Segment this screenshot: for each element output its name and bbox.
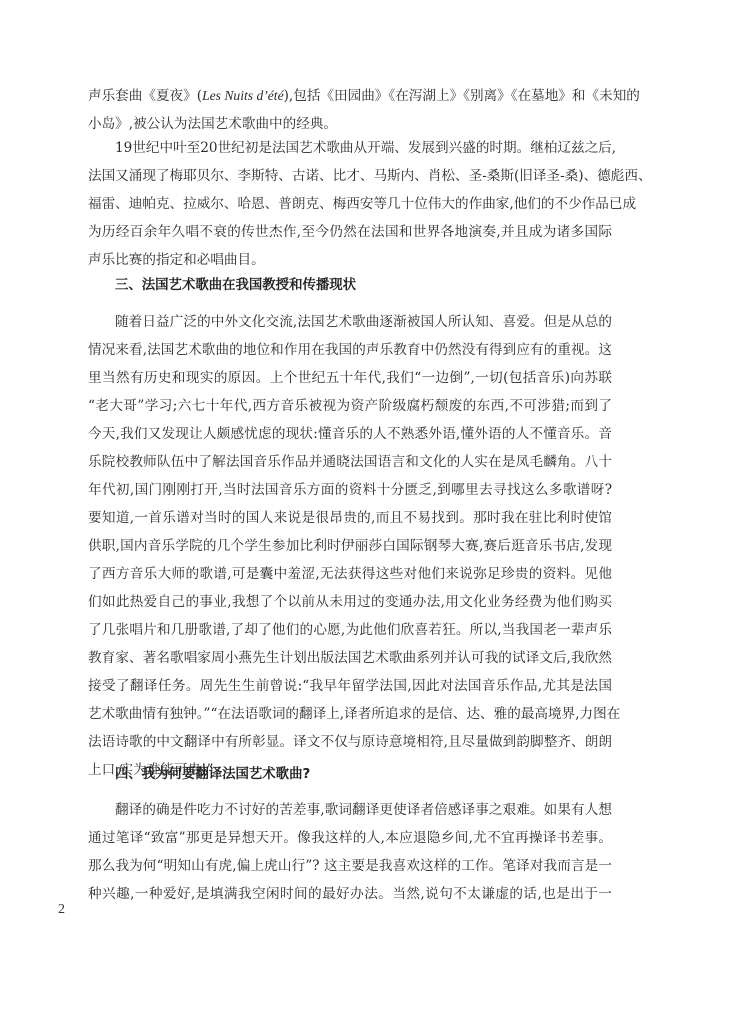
text-line: 法国又涌现了梅耶贝尔、李斯特、古诺、比才、马斯内、肖松、圣-桑斯(旧译圣-桑)、…	[88, 162, 612, 190]
paragraph-19th-century: 19世纪中叶至20世纪初是法国艺术歌曲从开端、发展到兴盛的时期。继柏辽兹之后, …	[88, 134, 612, 274]
text-line: 年代初,国门刚刚打开,当时法国音乐方面的资料十分匮乏,到哪里去寻找这么多歌谱呀?	[88, 476, 612, 504]
text-line: 今天,我们又发现让人颇感忧虑的现状:懂音乐的人不熟悉外语,懂外语的人不懂音乐。音	[88, 420, 612, 448]
section-heading-4: 四、我为何要翻译法国艺术歌曲?	[115, 765, 310, 785]
french-title-les-nuits-dete: Les Nuits d’été	[202, 88, 284, 103]
text-line: 通过笔译“致富”那更是异想天开。像我这样的人,本应退隐乡间,尤不宜再操译书差事。	[88, 824, 612, 852]
text-line: 艺术歌曲情有独钟。”“在法语歌词的翻译上,译者所追求的是信、达、雅的最高境界,力…	[88, 700, 612, 728]
text-line: 法语诗歌的中文翻译中有所彰显。译文不仅与原诗意境相符,且尽量做到韵脚整齐、朗朗	[88, 728, 612, 756]
text-line: 声乐套曲《夏夜》(Les Nuits d’été),包括《田园曲》《在泻湖上》《…	[88, 82, 612, 110]
text-line: 翻译的确是件吃力不讨好的苦差事,歌词翻译更使译者倍感译事之艰难。如果有人想	[88, 796, 612, 824]
page-number: 2	[58, 902, 65, 918]
text-line: 随着日益广泛的中外文化交流,法国艺术歌曲逐渐被国人所认知、喜爱。但是从总的	[88, 308, 612, 336]
text-line: 里当然有历史和现实的原因。上个世纪五十年代,我们“一边倒”,一切(包括音乐)向苏…	[88, 364, 612, 392]
text-line: 19世纪中叶至20世纪初是法国艺术歌曲从开端、发展到兴盛的时期。继柏辽兹之后,	[88, 134, 612, 162]
text-line: 接受了翻译任务。周先生生前曾说:“我早年留学法国,因此对法国音乐作品,尤其是法国	[88, 672, 612, 700]
text-segment: 声乐套曲《夏夜》(	[88, 88, 202, 104]
paragraph-section-3: 随着日益广泛的中外文化交流,法国艺术歌曲逐渐被国人所认知、喜爱。但是从总的 情况…	[88, 308, 612, 784]
text-line: 了几张唱片和几册歌谱,了却了他们的心愿,为此他们欣喜若狂。所以,当我国老一辈声乐	[88, 616, 612, 644]
document-page: 声乐套曲《夏夜》(Les Nuits d’été),包括《田园曲》《在泻湖上》《…	[0, 0, 730, 1017]
section-heading-3: 三、法国艺术歌曲在我国教授和传播现状	[115, 276, 356, 296]
text-line: 教育家、著名歌唱家周小燕先生计划出版法国艺术歌曲系列并认可我的试译文后,我欣然	[88, 644, 612, 672]
text-line: 了西方音乐大师的歌谱,可是囊中羞涩,无法获得这些对他们来说弥足珍贵的资料。见他	[88, 560, 612, 588]
paragraph-section-4: 翻译的确是件吃力不讨好的苦差事,歌词翻译更使译者倍感译事之艰难。如果有人想 通过…	[88, 796, 612, 908]
text-line: 声乐比赛的指定和必唱曲目。	[88, 246, 612, 274]
text-line: 情况来看,法国艺术歌曲的地位和作用在我国的声乐教育中仍然没有得到应有的重视。这	[88, 336, 612, 364]
text-line: 种兴趣,一种爱好,是填满我空闲时间的最好办法。当然,说句不太谦虚的话,也是出于一	[88, 880, 612, 908]
text-segment: ),包括《田园曲》《在泻湖上》《别离》《在墓地》和《未知的	[284, 88, 640, 104]
text-line: 为历经百余年久唱不衰的传世杰作,至今仍然在法国和世界各地演奏,并且成为诸多国际	[88, 218, 612, 246]
paragraph-intro-continuation: 声乐套曲《夏夜》(Les Nuits d’été),包括《田园曲》《在泻湖上》《…	[88, 82, 612, 138]
text-line: 要知道,一首乐谱对当时的国人来说是很昂贵的,而且不易找到。那时我在驻比利时使馆	[88, 504, 612, 532]
text-line: 福雷、迪帕克、拉威尔、哈恩、普朗克、梅西安等几十位伟大的作曲家,他们的不少作品已…	[88, 190, 612, 218]
text-line: 们如此热爱自己的事业,我想了个以前从未用过的变通办法,用文化业务经费为他们购买	[88, 588, 612, 616]
text-line: 乐院校教师队伍中了解法国音乐作品并通晓法国语言和文化的人实在是凤毛麟角。八十	[88, 448, 612, 476]
text-line: 那么我为何“明知山有虎,偏上虎山行”? 这主要是我喜欢这样的工作。笔译对我而言是…	[88, 852, 612, 880]
text-line: 供职,国内音乐学院的几个学生参加比利时伊丽莎白国际钢琴大赛,赛后逛音乐书店,发现	[88, 532, 612, 560]
text-line: “老大哥”学习;六七十年代,西方音乐被视为资产阶级腐朽颓废的东西,不可涉猎;而到…	[88, 392, 612, 420]
